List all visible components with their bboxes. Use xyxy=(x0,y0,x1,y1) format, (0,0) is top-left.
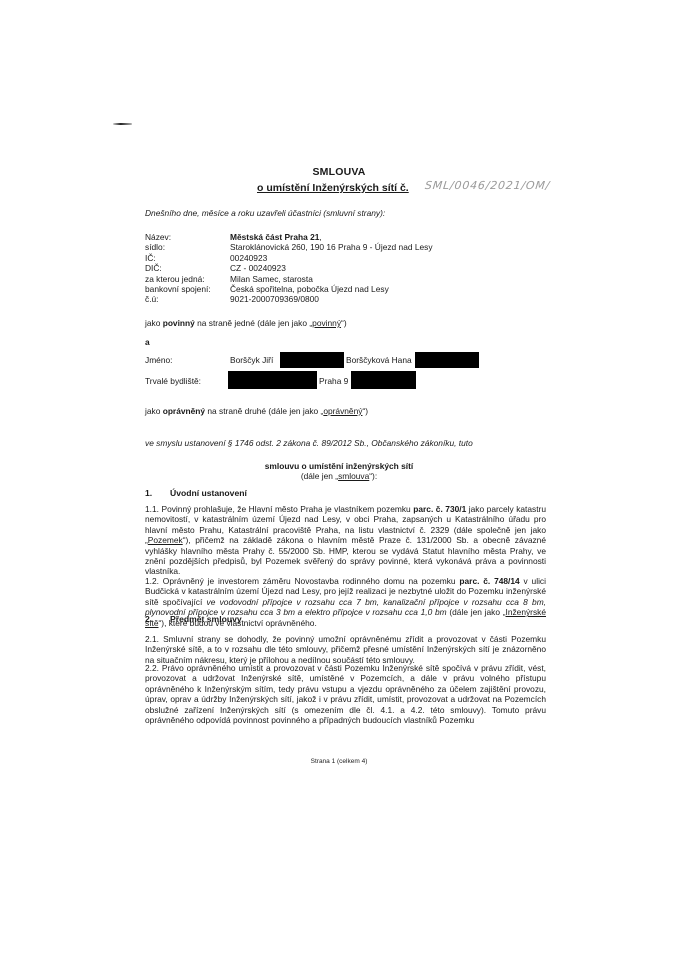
redaction-box xyxy=(228,371,317,389)
party1-label-representative: za kterou jedná: xyxy=(145,274,230,284)
paragraph-1-1: 1.1. Povinný prohlašuje, že Hlavní město… xyxy=(145,504,546,577)
role-bold: oprávněný xyxy=(163,406,205,416)
party1-value-representative: Milan Samec, starosta xyxy=(230,274,433,284)
party1-value-dic: CZ - 00240923 xyxy=(230,263,433,273)
scan-mark xyxy=(113,123,132,125)
party1-value-account: 9021-2000709369/0800 xyxy=(230,294,433,304)
contract-heading: smlouvu o umístění inženýrských sítí xyxy=(0,461,678,471)
section-title: Úvodní ustanovení xyxy=(170,488,247,498)
document-title: SMLOUVA xyxy=(0,166,678,178)
role-mid: na straně jedné (dále jen jako xyxy=(195,318,310,328)
party1-name: Městská část Praha 21 xyxy=(230,232,319,242)
text: (dále jen jako „ xyxy=(447,607,506,617)
paragraph-2-2: 2.2. Právo oprávněného umístit a provozo… xyxy=(145,663,546,725)
role-pre: jako xyxy=(145,318,163,328)
alias-term: smlouva xyxy=(338,471,369,481)
handwritten-contract-number: SML/0046/2021/OM/ xyxy=(424,179,551,192)
party2-name2: Borščyková Hana xyxy=(346,355,412,365)
redaction-box xyxy=(351,371,416,389)
section-2-heading: 2.Předmět smlouvy xyxy=(145,614,242,624)
party1-label-ic: IČ: xyxy=(145,253,230,263)
text: 1.1. Povinný prohlašuje, že Hlavní město… xyxy=(145,504,413,514)
parcel-number: parc. č. 730/1 xyxy=(413,504,466,514)
section-number: 1. xyxy=(145,488,170,498)
party1-value-seat: Staroklánovická 260, 190 16 Praha 9 - Új… xyxy=(230,242,433,252)
section-1-heading: 1.Úvodní ustanovení xyxy=(145,488,247,498)
alias-pre: (dále jen „ xyxy=(301,471,338,481)
contract-alias: (dále jen „smlouva“): xyxy=(0,471,678,481)
party1-details: Název: Městská část Praha 21, sídlo: Sta… xyxy=(145,232,433,305)
redaction-box xyxy=(280,352,344,368)
role-mid: na straně druhé (dále jen jako xyxy=(205,406,320,416)
party1-label-name: Název: xyxy=(145,232,230,242)
section-title: Předmět smlouvy xyxy=(170,614,242,624)
party1-value-name: Městská část Praha 21, xyxy=(230,232,433,242)
party1-name-suffix: , xyxy=(319,232,321,242)
intro-text: Dnešního dne, měsíce a roku uzavřeli úča… xyxy=(145,208,385,218)
party1-value-bank: Česká spořitelna, pobočka Újezd nad Lesy xyxy=(230,284,433,294)
party1-label-seat: sídlo: xyxy=(145,242,230,252)
page-footer: Strana 1 (celkem 4) xyxy=(0,758,678,765)
alias-post: “): xyxy=(369,471,377,481)
role-term: oprávněný xyxy=(323,406,362,416)
role-bold: povinný xyxy=(163,318,195,328)
legal-basis: ve smyslu ustanovení § 1746 odst. 2 záko… xyxy=(145,438,473,448)
role-term: povinný xyxy=(312,318,341,328)
document-subtitle: o umístění Inženýrských sítí č. xyxy=(257,182,409,194)
party1-role: jako povinný na straně jedné (dále jen j… xyxy=(145,318,347,328)
defined-term: Pozemek xyxy=(148,535,183,545)
conjunction-and: a xyxy=(145,337,150,347)
parcel-number: parc. č. 748/14 xyxy=(459,576,519,586)
redaction-box xyxy=(415,352,479,368)
party2-address-label: Trvalé bydliště: xyxy=(145,376,201,386)
party1-label-dic: DIČ: xyxy=(145,263,230,273)
party2-role: jako oprávněný na straně druhé (dále jen… xyxy=(145,406,368,416)
party1-label-account: č.ú: xyxy=(145,294,230,304)
quote-close: “) xyxy=(362,406,368,416)
quote-close: “) xyxy=(341,318,347,328)
party2-name-label: Jméno: xyxy=(145,355,172,365)
section-number: 2. xyxy=(145,614,170,624)
role-pre: jako xyxy=(145,406,163,416)
paragraph-2-1: 2.1. Smluvní strany se dohodly, že povin… xyxy=(145,634,546,665)
party2-address-city: Praha 9 xyxy=(319,376,348,386)
party1-label-bank: bankovní spojení: xyxy=(145,284,230,294)
text: “), přičemž na základě zákona o hlavním … xyxy=(145,535,546,576)
party1-value-ic: 00240923 xyxy=(230,253,433,263)
party2-name1: Borščyk Jiří xyxy=(230,355,273,365)
text: 1.2. Oprávněný je investorem záměru Novo… xyxy=(145,576,459,586)
